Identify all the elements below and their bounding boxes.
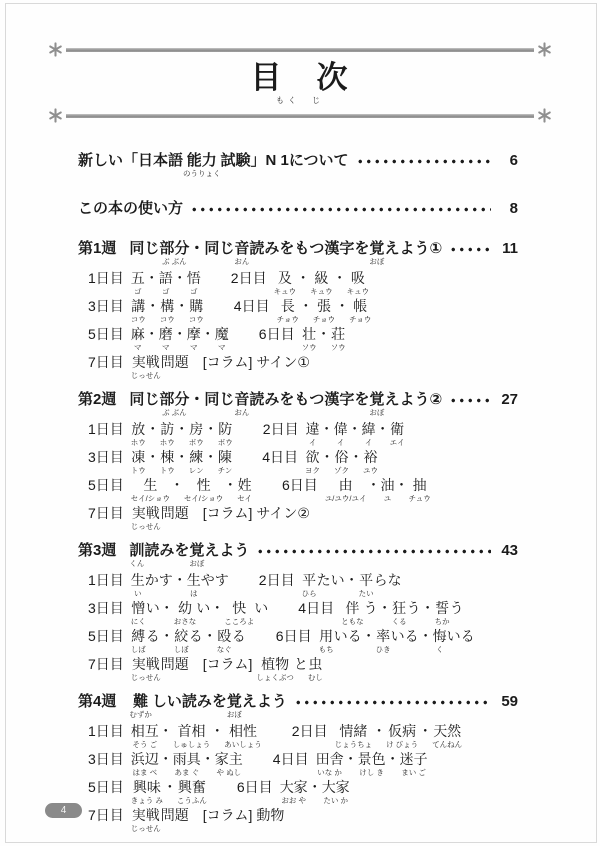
day-label: 5日目 [88, 778, 124, 797]
toc-word-base: 防 [218, 420, 233, 439]
toc-word: 縛しば [131, 627, 146, 654]
toc-word: 浜辺はま べ [131, 750, 159, 777]
toc-word: 生い [131, 571, 145, 598]
toc-word: ・ [348, 420, 362, 439]
toc-line-text: 新しい「日本語能力のうりょく試験」N 1について [78, 151, 349, 178]
day-entry: 2日目及キュウ・級キュウ・吸キュウ [231, 269, 369, 296]
toc-word-base: 抽 [408, 476, 430, 495]
toc-word-base: ・ [349, 448, 363, 467]
page-ref: 43 [496, 541, 518, 560]
day-entry: 3日目浜辺はま べ・雨具あま ぐ・家主や ぬし [88, 750, 243, 777]
day-row: 7日目実戦じっせん問題 [コラム] 植物しょくぶつと虫むし [88, 655, 518, 682]
day-entry: 2日目違イ・偉イ・緯イ・衛エイ [263, 420, 405, 447]
page-number-badge: 4 [45, 803, 82, 818]
toc-word: 語ゴ [159, 269, 173, 296]
week-heading-line: 第3週訓くん読みを覚おぼえよう43 [78, 541, 518, 568]
toc-word-base: ・ [376, 420, 390, 439]
day-label: 4日目 [298, 599, 334, 618]
toc-word-base: う・ [364, 599, 392, 618]
toc-word-base: ・ [348, 420, 362, 439]
toc-word-base: 購 [189, 297, 204, 316]
toc-word: る・ [146, 627, 174, 646]
toc-word-base: ・ [210, 722, 224, 741]
toc-word: 首相しゅしょう [173, 722, 211, 749]
toc-word-base: 用 [319, 627, 334, 646]
toc-word: ・ [170, 476, 184, 495]
day-row: 1日目五ゴ・語ゴ・悟ゴ2日目及キュウ・級キュウ・吸キュウ [88, 269, 518, 296]
toc-word-base: 級 [310, 269, 333, 288]
day-row: 7日目実戦じっせん問題 [コラム] サイン① [88, 353, 518, 380]
toc-word-base: 大家 [280, 778, 308, 797]
day-row: 5日目生セイ/ショウ・性セイ/ショウ・姓セイ6日目由ユ/ユウ/ユイ・油ユ・抽チュ… [88, 476, 518, 503]
toc-word: 読みを [144, 541, 189, 560]
toc-word-base: 音 [234, 239, 249, 258]
toc-word-furigana: く [433, 646, 447, 654]
toc-word: 率ひき [376, 627, 391, 654]
toc-word-furigana: ヨク [305, 467, 320, 475]
toc-word-base: 陳 [218, 448, 233, 467]
toc-word: 生は [187, 571, 201, 598]
toc-word-base: 部分 [159, 390, 189, 409]
day-label: 3日目 [88, 448, 124, 467]
toc-word: 五ゴ [131, 269, 145, 296]
toc-word-furigana: ぶ ぶん [159, 409, 189, 417]
toc-word-base: 実戦 [131, 806, 161, 825]
page-ref: 11 [496, 239, 518, 258]
toc-word-base: 摩 [187, 325, 201, 344]
toc-word-furigana: ゴ [187, 288, 201, 296]
toc-word: 雨具あま ぐ [173, 750, 201, 777]
toc-word: 平たい [359, 571, 374, 598]
toc-word-furigana: おん [234, 258, 249, 266]
day-row: 7日目実戦じっせん問題 [コラム] 動物 [88, 806, 518, 833]
day-label: 2日目 [292, 722, 328, 741]
toc-word-base: 興味 [131, 778, 163, 797]
day-entry: 1日目放ホウ・訪ホウ・房ボウ・防ボウ [88, 420, 233, 447]
toc-word-furigana: まい ご [400, 769, 428, 777]
day-label: 6日目 [276, 627, 312, 646]
toc-word-base: 同じ [129, 390, 159, 409]
toc-word-base: い・ [146, 599, 174, 618]
page-ref: 8 [496, 199, 518, 218]
page-ref: 6 [496, 151, 518, 170]
toc-word-furigana: トウ [131, 467, 146, 475]
toc-word: 性セイ/ショウ [184, 476, 223, 503]
day-entry: 4日目田舎いな か・景色けし き・迷子まい ご [273, 750, 428, 777]
toc-word-base: 情緒 [335, 722, 373, 741]
toc-word-base: えよう① [384, 239, 442, 258]
toc-word-furigana: じょうちょ [335, 741, 373, 749]
toc-word-base: い [254, 599, 268, 618]
toc-word-base: 問題 [コラム] [161, 655, 257, 674]
toc-word-furigana: ユ/ユウ/ユイ [325, 495, 367, 503]
toc-word: いる [447, 627, 475, 646]
week-block: 第1週同じ部分ぶ ぶん・同じ音おん読みをもつ漢字を覚おぼえよう①111日目五ゴ・… [78, 239, 518, 380]
toc-word-base: ・ [344, 750, 358, 769]
day-label: 7日目 [88, 504, 124, 523]
toc-word: 放ホウ [131, 420, 146, 447]
toc-word: 覚おぼ [369, 390, 384, 417]
toc-word-base: 問題 [コラム] サイン① [161, 353, 310, 372]
toc-word-furigana: マ [187, 344, 201, 352]
day-label: 1日目 [88, 420, 124, 439]
toc-word: 摩マ [187, 325, 201, 352]
day-label: 4日目 [262, 448, 298, 467]
toc-word: ・ [335, 297, 349, 316]
day-label: 7日目 [88, 353, 124, 372]
toc-word: 問題 [コラム] 動物 [161, 806, 285, 825]
dotted-leader [449, 390, 491, 409]
toc-word-base: ・ [394, 476, 408, 495]
toc-word: 景色けし き [358, 750, 386, 777]
toc-word: ・ [204, 420, 218, 439]
toc-word: 講コウ [131, 297, 146, 324]
horizontal-rule [66, 48, 534, 52]
toc-word: 殴なぐ [217, 627, 232, 654]
page-title: 目 次 [48, 61, 552, 95]
toc-word-base: ・ [320, 420, 334, 439]
toc-word-base: ・ [299, 297, 313, 316]
toc-word-furigana: むずか [129, 711, 152, 719]
toc-word: 覚おぼ [227, 692, 242, 719]
toc-word-furigana: しば [131, 646, 146, 654]
toc-word: しい読みを [152, 692, 227, 711]
day-label: 2日目 [231, 269, 267, 288]
toc-word-base: 実戦 [131, 655, 161, 674]
toc-word-base: ・ [173, 325, 187, 344]
toc-word: 俗ゾク [334, 448, 349, 475]
day-label: 4日目 [273, 750, 309, 769]
toc-word-base: 及 [274, 269, 297, 288]
toc-word: 房ボウ [189, 420, 204, 447]
toc-entry-line: この本の使い方8 [78, 199, 518, 218]
toc-line-text: 同じ部分ぶ ぶん・同じ音おん読みをもつ漢字を覚おぼえよう② [129, 390, 442, 417]
dotted-leader [294, 692, 491, 711]
toc-word-base: る [232, 627, 246, 646]
toc-word-base: う・ [407, 599, 435, 618]
toc-word: 快こころよ [224, 599, 254, 626]
toc-word: 欲ヨク [305, 448, 320, 475]
toc-word-base: ・同じ [189, 390, 234, 409]
toc-word-furigana: ゾク [334, 467, 349, 475]
toc-word-base: ・ [418, 722, 432, 741]
toc-word-base: 相性 [224, 722, 262, 741]
day-entry: 7日目実戦じっせん問題 [コラム] サイン② [88, 504, 310, 531]
toc-word: 誓ちか [435, 599, 450, 626]
toc-word-base: 率 [376, 627, 391, 646]
toc-word: ・ [299, 297, 313, 316]
toc-word-furigana: おん [234, 409, 249, 417]
toc-word-furigana: こうふん [177, 797, 207, 805]
toc-word-base: 魔 [215, 325, 229, 344]
toc-word-furigana: ソウ [302, 344, 317, 352]
toc-word-base: ・ [175, 448, 189, 467]
week-block: 第4週難むずかしい読みを覚おぼえよう591日目相互そう ご・首相しゅしょう・相性… [78, 692, 518, 833]
toc-word-base: 新しい「日本語 [78, 151, 183, 170]
toc-word-base: 裕 [363, 448, 378, 467]
day-row: 5日目麻マ・磨マ・摩マ・魔マ6日目壮ソウ・荘ソウ [88, 325, 518, 352]
toc-word-base: 平 [359, 571, 374, 590]
toc-word-base: ・ [159, 722, 173, 741]
day-entry: 2日目平ひらたい・平たいらな [259, 571, 402, 598]
toc-word-base: ・同じ [189, 239, 234, 258]
toc-word-furigana: てんねん [432, 741, 462, 749]
toc-word: と [294, 655, 308, 674]
toc-word: 絞しぼ [174, 627, 189, 654]
toc-word-base: 天然 [432, 722, 462, 741]
week-heading-line: 第1週同じ部分ぶ ぶん・同じ音おん読みをもつ漢字を覚おぼえよう①11 [78, 239, 518, 266]
toc-word-base: 生 [187, 571, 201, 590]
toc-word-furigana: そう ご [131, 741, 159, 749]
toc-word: 興奮こうふん [177, 778, 207, 805]
toc-word-furigana: セイ [237, 495, 252, 503]
toc-word-furigana: キュウ [274, 288, 297, 296]
toc-word-base: 迷子 [400, 750, 428, 769]
page-ref: 27 [496, 390, 518, 409]
toc-word-base: ・ [201, 325, 215, 344]
toc-word-base: る・ [189, 627, 217, 646]
toc-word-furigana: ユ [380, 495, 394, 503]
toc-word: 相互そう ご [131, 722, 159, 749]
book-toc-page: 目 次 もく じ 新しい「日本語能力のうりょく試験」N 1について6この本の使い… [0, 0, 600, 846]
toc-word-base: ・ [366, 476, 380, 495]
toc-word: ・ [204, 448, 218, 467]
day-entry: 6日目用もちいる・率ひきいる・悔くいる [276, 627, 475, 654]
day-entry: 5日目興味きょう み・興奮こうふん [88, 778, 207, 805]
toc-word-base: 難 [129, 692, 152, 711]
asterisk-ornament-icon [48, 42, 63, 57]
toc-word-base: たい・ [317, 571, 359, 590]
toc-word: 実戦じっせん [131, 353, 161, 380]
toc-word: ・ [296, 269, 310, 288]
toc-word-base: 能力 [183, 151, 221, 170]
day-row: 1日目生いかす・生はやす2日目平ひらたい・平たいらな [88, 571, 518, 598]
toc-word: ・ [308, 778, 322, 797]
toc-word: 天然てんねん [432, 722, 462, 749]
toc-word-base: ・ [145, 325, 159, 344]
toc-word-base: らな [374, 571, 402, 590]
toc-word: 裕ユウ [363, 448, 378, 475]
toc-word-base: えよう [242, 692, 287, 711]
toc-word-furigana: イ [362, 439, 376, 447]
toc-word-furigana: じっせん [131, 674, 161, 682]
toc-word: ・ [210, 722, 224, 741]
day-entry: 4日目欲ヨク・俗ゾク・裕ユウ [262, 448, 378, 475]
toc-word-base: 麻 [131, 325, 145, 344]
toc-word: 狂くる [392, 599, 407, 626]
horizontal-rule [66, 114, 534, 118]
toc-word-furigana: や ぬし [215, 769, 243, 777]
toc-word-furigana: ぶ ぶん [159, 258, 189, 266]
day-label: 3日目 [88, 750, 124, 769]
toc-word-base: 読みをもつ漢字を [249, 239, 369, 258]
day-label: 6日目 [237, 778, 273, 797]
toc-word-base: 問題 [コラム] サイン② [161, 504, 310, 523]
toc-word: ・ [333, 269, 347, 288]
toc-word-base: 誓 [435, 599, 450, 618]
toc-word: 問題 [コラム] [161, 655, 257, 674]
day-entry: 7日目実戦じっせん問題 [コラム] 植物しょくぶつと虫むし [88, 655, 323, 682]
toc-word-base: 語 [159, 269, 173, 288]
toc-word: 難むずか [129, 692, 152, 719]
toc-word-base: 俗 [334, 448, 349, 467]
toc-word-base: 覚 [189, 541, 204, 560]
day-label: 1日目 [88, 722, 124, 741]
toc-word: う [450, 599, 464, 618]
toc-word-base: ・ [170, 476, 184, 495]
toc-word-base: 縛 [131, 627, 146, 646]
toc-word-base: ・ [223, 476, 237, 495]
toc-word: 姓セイ [237, 476, 252, 503]
toc-word-furigana: はま べ [131, 769, 159, 777]
toc-word-base: ・ [146, 297, 160, 316]
toc-word: 違イ [306, 420, 320, 447]
toc-word-base: ・ [201, 750, 215, 769]
toc-word-base: 訓 [129, 541, 144, 560]
toc-word-base: 壮 [302, 325, 317, 344]
toc-word-base: 部分 [159, 239, 189, 258]
toc-word-furigana: ボウ [189, 439, 204, 447]
day-entry: 1日目相互そう ご・首相しゅしょう・相性あいしょう [88, 722, 262, 749]
toc-word-furigana: マ [159, 344, 173, 352]
toc-word-base: 浜辺 [131, 750, 159, 769]
toc-word-base: 音 [234, 390, 249, 409]
day-entry: 2日目情緒じょうちょ・仮病け びょう・天然てんねん [292, 722, 462, 749]
day-entry: 1日目生いかす・生はやす [88, 571, 229, 598]
toc-word: 興味きょう み [131, 778, 163, 805]
toc-word-base: ・ [146, 420, 160, 439]
toc-word-furigana: けし き [358, 769, 386, 777]
week-label: 第3週 [78, 541, 116, 560]
toc-word-base: ・ [333, 269, 347, 288]
toc-word-base: 覚 [369, 239, 384, 258]
toc-word: やす [201, 571, 229, 590]
toc-word-base: 長 [277, 297, 299, 316]
toc-word-base: 虫 [308, 655, 323, 674]
toc-word-base: 放 [131, 420, 146, 439]
toc-word-furigana: じっせん [131, 372, 161, 380]
week-block: 第3週訓くん読みを覚おぼえよう431日目生いかす・生はやす2日目平ひらたい・平た… [78, 541, 518, 682]
week-heading-line: 第4週難むずかしい読みを覚おぼえよう59 [78, 692, 518, 719]
toc-word: 生セイ/ショウ [131, 476, 170, 503]
day-entry: 5日目生セイ/ショウ・性セイ/ショウ・姓セイ [88, 476, 252, 503]
toc-word-base: ・ [163, 778, 177, 797]
toc-word-furigana: たい [359, 590, 374, 598]
toc-word-base: えよう② [384, 390, 442, 409]
toc-word: ・ [320, 448, 334, 467]
toc-word-furigana: キュウ [310, 288, 333, 296]
week-label: 第4週 [78, 692, 116, 711]
toc-word-base: 仮病 [386, 722, 418, 741]
toc-word: ・ [146, 297, 160, 316]
toc-word-base: 欲 [305, 448, 320, 467]
dotted-leader [190, 199, 491, 218]
day-label: 1日目 [88, 571, 124, 590]
toc-word-furigana: ホウ [131, 439, 146, 447]
toc-word: 及キュウ [274, 269, 297, 296]
toc-word: ・ [159, 722, 173, 741]
toc-word: 購コウ [189, 297, 204, 324]
toc-word-furigana: マ [131, 344, 145, 352]
toc-word-base: ・ [308, 778, 322, 797]
toc-word-furigana: あいしょう [224, 741, 262, 749]
toc-word: 構コウ [160, 297, 175, 324]
toc-word-base: 五 [131, 269, 145, 288]
toc-word-furigana: おさな [174, 618, 197, 626]
toc-word-furigana: くん [129, 560, 144, 568]
toc-word-furigana: のうりょく [183, 170, 221, 178]
toc-word-furigana: きょう み [131, 797, 163, 805]
toc-word: 覚おぼ [189, 541, 204, 568]
toc-word: 能力のうりょく [183, 151, 221, 178]
toc-word-furigana: マ [215, 344, 229, 352]
toc-word-base: いる [447, 627, 475, 646]
day-label: 2日目 [263, 420, 299, 439]
toc-line-text: 訓くん読みを覚おぼえよう [129, 541, 249, 568]
toc-word: 魔マ [215, 325, 229, 352]
toc-word-base: 油 [380, 476, 394, 495]
toc-word-base: 講 [131, 297, 146, 316]
toc-word: 部分ぶ ぶん [159, 239, 189, 266]
toc-word-base: ・ [317, 325, 331, 344]
day-entry: 7日目実戦じっせん問題 [コラム] 動物 [88, 806, 284, 833]
toc-word-furigana: は [187, 590, 201, 598]
toc-word: 迷子まい ご [400, 750, 428, 777]
toc-word: ・ [163, 778, 177, 797]
week-heading-line: 第2週同じ部分ぶ ぶん・同じ音おん読みをもつ漢字を覚おぼえよう②27 [78, 390, 518, 417]
toc-word: いる・ [334, 627, 376, 646]
toc-word-furigana: ボウ [218, 439, 233, 447]
toc-word-furigana: しぼ [174, 646, 189, 654]
toc-word-base: 狂 [392, 599, 407, 618]
toc-word-base: 田舎 [316, 750, 344, 769]
toc-word: 荘ソウ [331, 325, 346, 352]
toc-word-furigana: しゅしょう [173, 741, 211, 749]
toc-word-base: 偉 [334, 420, 348, 439]
toc-word: 用もち [319, 627, 334, 654]
toc-word: 麻マ [131, 325, 145, 352]
toc-word-base: ・ [386, 750, 400, 769]
toc-word: この本の使い方 [78, 199, 183, 218]
day-label: 5日目 [88, 476, 124, 495]
toc-word-furigana: コウ [131, 316, 146, 324]
toc-word-base: 覚 [227, 692, 242, 711]
toc-word: ・ [320, 420, 334, 439]
toc-word-base: ・ [296, 269, 310, 288]
toc-word-base: 幼 [174, 599, 197, 618]
toc-word-furigana: おぼ [227, 711, 242, 719]
toc-word-base: しい読みを [152, 692, 227, 711]
toc-word: 音おん [234, 239, 249, 266]
toc-line-text: 同じ部分ぶ ぶん・同じ音おん読みをもつ漢字を覚おぼえよう① [129, 239, 442, 266]
toc-word: ・ [159, 750, 173, 769]
toc-word-base: ・ [204, 420, 218, 439]
toc-word: る [232, 627, 246, 646]
week-label: 第1週 [78, 239, 116, 258]
toc-word: う・ [407, 599, 435, 618]
dotted-leader [256, 541, 491, 560]
toc-word-base: ・ [372, 722, 386, 741]
toc-word: ・ [201, 325, 215, 344]
day-entry: 4日目伴ともなう・狂くるう・誓ちかう [298, 599, 463, 626]
toc-word-base: い・ [196, 599, 224, 618]
toc-word-base: 試験」N 1について [221, 151, 349, 170]
toc-word: 練レン [189, 448, 204, 475]
toc-word: えよう [204, 541, 249, 560]
day-label: 7日目 [88, 806, 124, 825]
toc-word: 憎にく [131, 599, 146, 626]
toc-word-base: ・ [173, 269, 187, 288]
